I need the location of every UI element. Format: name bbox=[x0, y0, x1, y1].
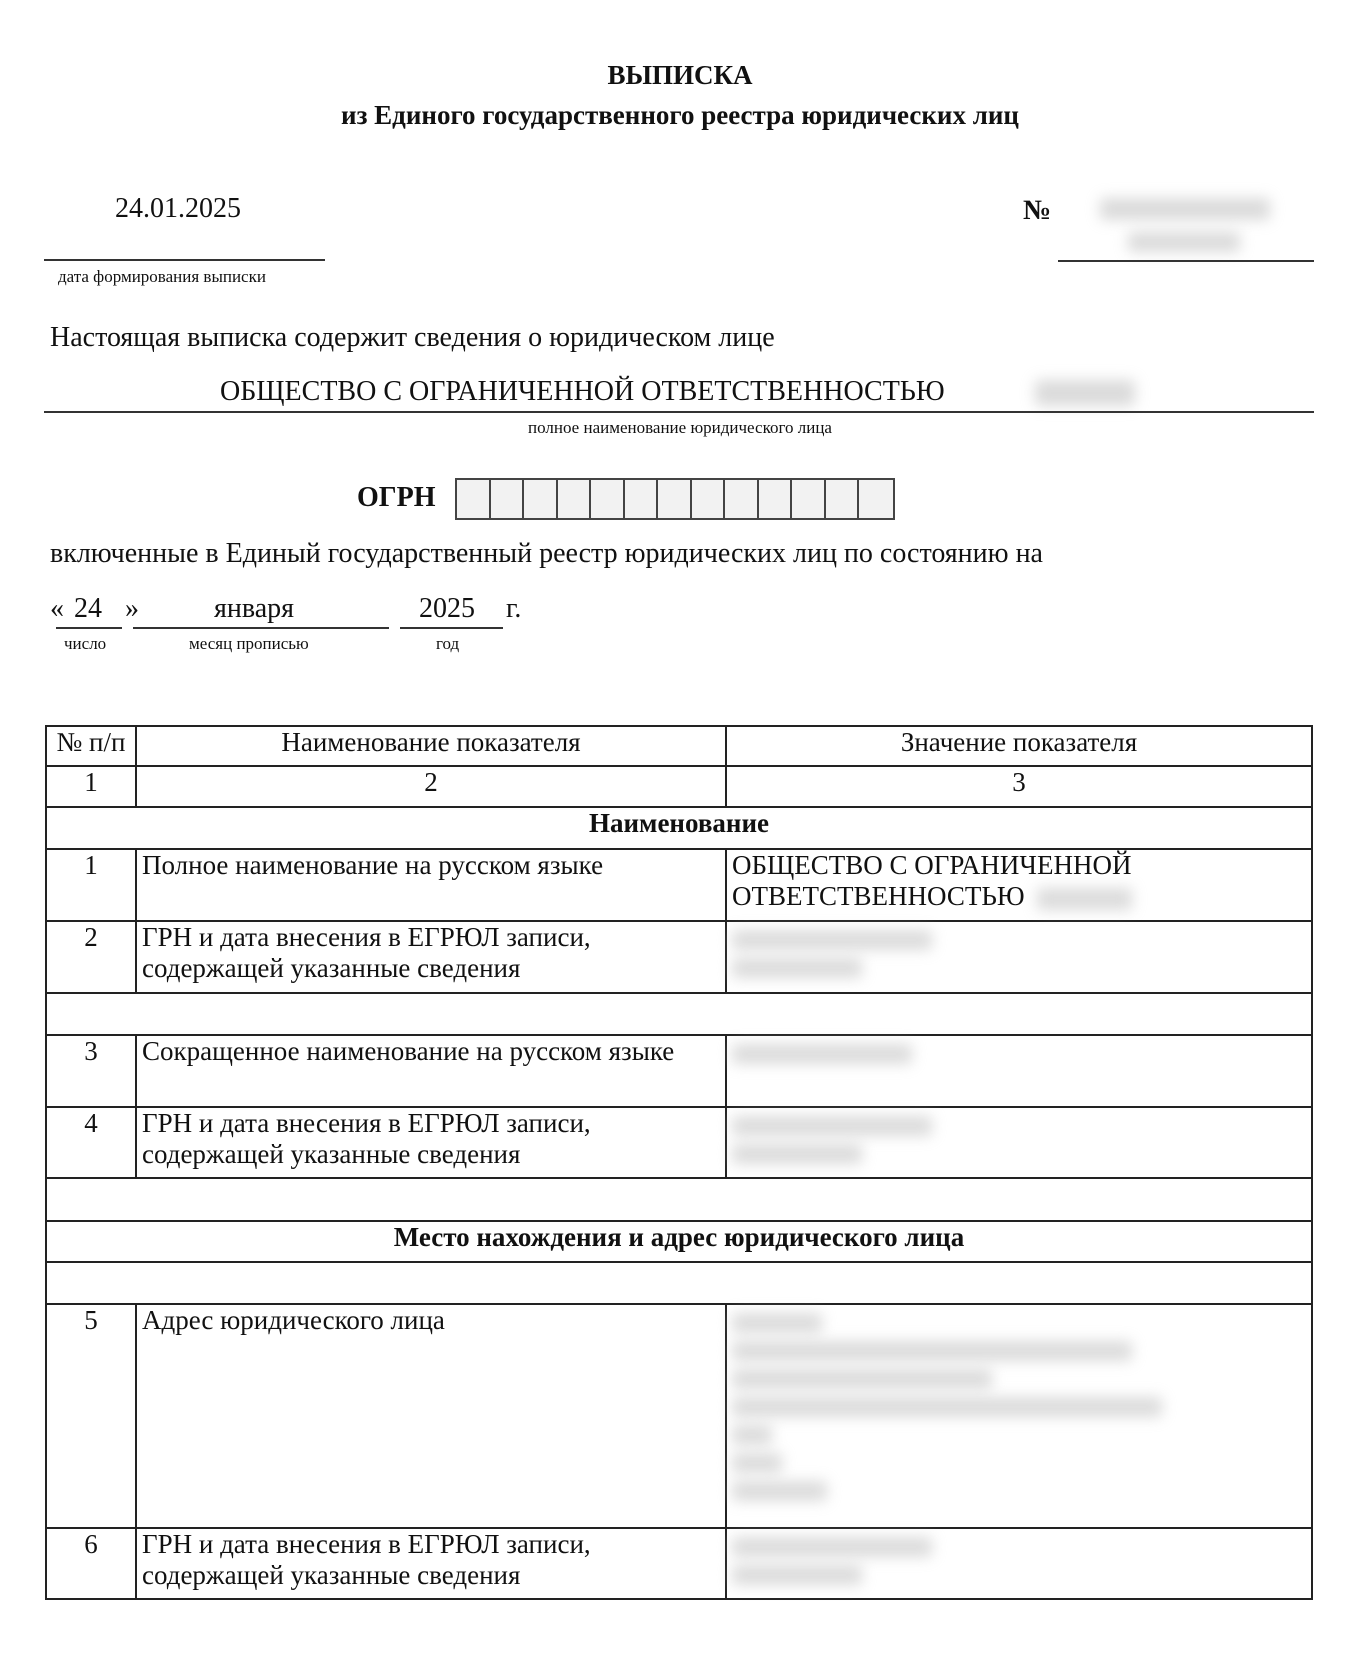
number-underline bbox=[1058, 260, 1314, 262]
year-underline bbox=[400, 627, 503, 629]
header-indicator-value: Значение показателя bbox=[726, 726, 1312, 766]
number-sign: № bbox=[1023, 195, 1051, 227]
row-value bbox=[726, 1304, 1312, 1528]
ogrn-digit-cell bbox=[457, 480, 491, 518]
month-underline bbox=[133, 627, 389, 629]
ogrn-digit-cell bbox=[792, 480, 826, 518]
redacted-value bbox=[732, 1044, 912, 1064]
ogrn-digit-cell bbox=[759, 480, 793, 518]
redacted-value bbox=[732, 930, 932, 950]
row-name: ГРН и дата внесения в ЕГРЮЛ записи, соде… bbox=[136, 1528, 726, 1599]
row-value: ОБЩЕСТВО С ОГРАНИЧЕННОЙ ОТВЕТСТВЕННОСТЬЮ bbox=[726, 849, 1312, 921]
ogrn-digit-cell bbox=[591, 480, 625, 518]
row-name: ГРН и дата внесения в ЕГРЮЛ записи, соде… bbox=[136, 921, 726, 993]
row-name: Сокращенное наименование на русском язык… bbox=[136, 1035, 726, 1107]
ogrn-digit-cell bbox=[692, 480, 726, 518]
date-underline bbox=[44, 259, 325, 261]
header-indicator-name: Наименование показателя bbox=[136, 726, 726, 766]
redacted-number-line2 bbox=[1128, 232, 1240, 252]
empty-row bbox=[46, 1262, 1312, 1304]
colnum-2: 2 bbox=[136, 766, 726, 807]
table-row: 4 ГРН и дата внесения в ЕГРЮЛ записи, со… bbox=[46, 1107, 1312, 1178]
redacted-value bbox=[732, 1341, 1132, 1361]
table-row: 3 Сокращенное наименование на русском яз… bbox=[46, 1035, 1312, 1107]
redacted-value bbox=[732, 958, 862, 978]
row-num: 6 bbox=[46, 1528, 136, 1599]
row-num: 3 bbox=[46, 1035, 136, 1107]
month-caption: месяц прописью bbox=[189, 634, 309, 654]
redacted-value bbox=[732, 1481, 827, 1501]
redacted-number-line1 bbox=[1100, 198, 1270, 220]
row-value bbox=[726, 921, 1312, 993]
redacted-value bbox=[732, 1369, 992, 1389]
redacted-value bbox=[732, 1116, 932, 1136]
formation-date: 24.01.2025 bbox=[115, 193, 241, 225]
ogrn-digit-cell bbox=[625, 480, 659, 518]
document-subtitle: из Единого государственного реестра юрид… bbox=[0, 100, 1360, 131]
ogrn-digit-cell bbox=[826, 480, 860, 518]
ogrn-digit-cell bbox=[558, 480, 592, 518]
section-title-name: Наименование bbox=[46, 807, 1312, 849]
redacted-value bbox=[732, 1144, 862, 1164]
ogrn-digit-cell bbox=[859, 480, 893, 518]
close-quote: » bbox=[125, 593, 139, 625]
row-value bbox=[726, 1528, 1312, 1599]
row-value bbox=[726, 1035, 1312, 1107]
header-num: № п/п bbox=[46, 726, 136, 766]
row-num: 4 bbox=[46, 1107, 136, 1178]
empty-row bbox=[46, 993, 1312, 1035]
intro-text: Настоящая выписка содержит сведения о юр… bbox=[50, 322, 775, 354]
row-num: 2 bbox=[46, 921, 136, 993]
table-row: 2 ГРН и дата внесения в ЕГРЮЛ записи, со… bbox=[46, 921, 1312, 993]
table-row: 6 ГРН и дата внесения в ЕГРЮЛ записи, со… bbox=[46, 1528, 1312, 1599]
day-caption: число bbox=[64, 634, 106, 654]
section-title-address: Место нахождения и адрес юридического ли… bbox=[46, 1221, 1312, 1262]
redacted-value bbox=[732, 1453, 782, 1473]
redacted-value bbox=[732, 1313, 822, 1333]
redacted-value bbox=[1037, 888, 1132, 910]
row-num: 1 bbox=[46, 849, 136, 921]
state-year: 2025 bbox=[419, 593, 475, 625]
day-underline bbox=[56, 627, 122, 629]
state-day: 24 bbox=[74, 593, 102, 625]
redacted-value bbox=[732, 1397, 1162, 1417]
table-row: 1 Полное наименование на русском языке О… bbox=[46, 849, 1312, 921]
row-value bbox=[726, 1107, 1312, 1178]
empty-row bbox=[46, 1178, 1312, 1221]
table-row: 5 Адрес юридического лица bbox=[46, 1304, 1312, 1528]
state-text: включенные в Единый государственный реес… bbox=[50, 538, 1043, 570]
colnum-3: 3 bbox=[726, 766, 1312, 807]
ogrn-label: ОГРН bbox=[357, 482, 435, 514]
row-name: ГРН и дата внесения в ЕГРЮЛ записи, соде… bbox=[136, 1107, 726, 1178]
row-num: 5 bbox=[46, 1304, 136, 1528]
redacted-value bbox=[732, 1537, 932, 1557]
redacted-entity-suffix bbox=[1035, 380, 1135, 406]
ogrn-digit-cell bbox=[658, 480, 692, 518]
redacted-value bbox=[732, 1565, 862, 1585]
row-name: Адрес юридического лица bbox=[136, 1304, 726, 1528]
date-caption: дата формирования выписки bbox=[58, 267, 266, 287]
year-caption: год bbox=[436, 634, 459, 654]
open-quote: « bbox=[50, 593, 64, 625]
document-title: ВЫПИСКА bbox=[0, 60, 1360, 91]
ogrn-digit-cell bbox=[491, 480, 525, 518]
ogrn-boxes bbox=[455, 478, 895, 520]
entity-name: ОБЩЕСТВО С ОГРАНИЧЕННОЙ ОТВЕТСТВЕННОСТЬЮ bbox=[220, 376, 945, 408]
row-name: Полное наименование на русском языке bbox=[136, 849, 726, 921]
extract-table: № п/п Наименование показателя Значение п… bbox=[45, 725, 1313, 1600]
state-month: января bbox=[214, 593, 294, 625]
ogrn-digit-cell bbox=[524, 480, 558, 518]
colnum-1: 1 bbox=[46, 766, 136, 807]
year-suffix: г. bbox=[506, 593, 521, 625]
entity-caption: полное наименование юридического лица bbox=[0, 418, 1360, 438]
redacted-value bbox=[732, 1425, 772, 1445]
ogrn-digit-cell bbox=[725, 480, 759, 518]
entity-underline bbox=[44, 411, 1314, 413]
